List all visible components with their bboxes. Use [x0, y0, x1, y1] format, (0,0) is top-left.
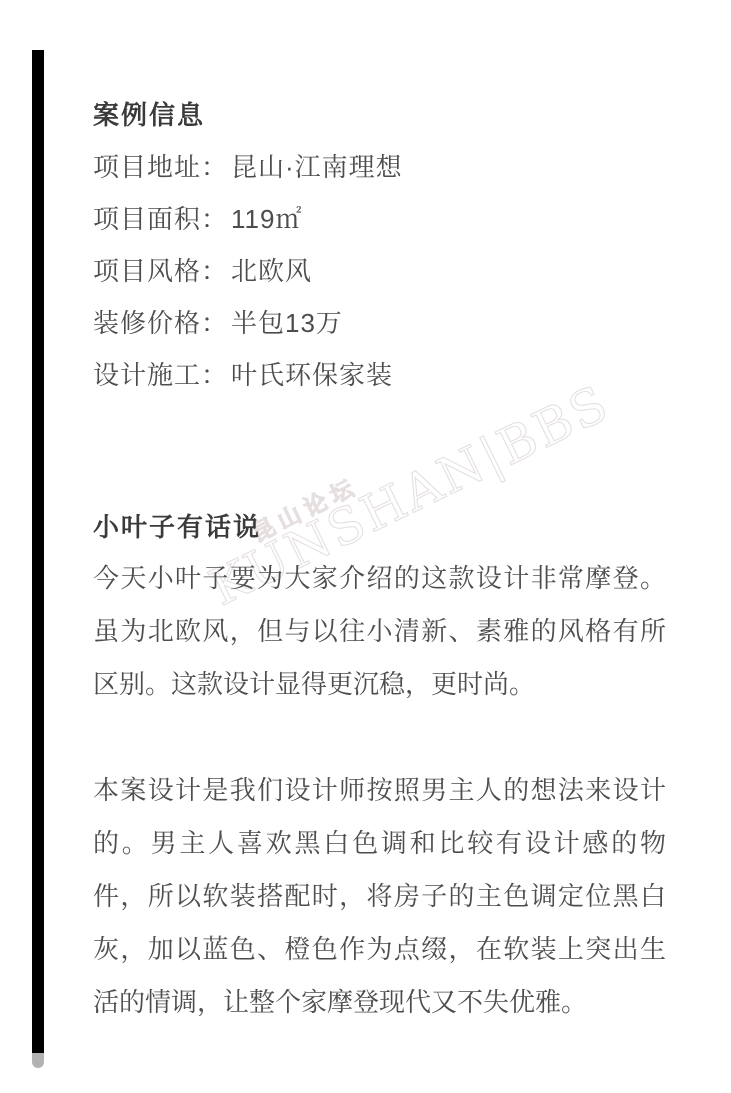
- accent-bar-tip: [32, 1053, 44, 1068]
- info-value: 昆山·江南理想: [231, 152, 666, 182]
- paragraph2-line: 活的情调，让整个家摩登现代又不失优雅。: [93, 986, 666, 1018]
- info-value: 半包13万: [231, 308, 666, 338]
- article-page: 昆山论坛 KUNSHAN|BBS 案例信息 项目地址： 昆山·江南理想 项目面积…: [0, 0, 731, 1093]
- info-value: 北欧风: [231, 256, 666, 286]
- accent-bar-line: [32, 50, 44, 1053]
- info-row-style: 项目风格： 北欧风: [93, 256, 666, 286]
- left-accent-bar: [32, 50, 44, 1068]
- info-row-area: 项目面积： 119㎡: [93, 204, 666, 234]
- case-info-heading: 案例信息: [93, 100, 666, 130]
- info-value: 叶氏环保家装: [231, 360, 666, 390]
- commentary-heading: 小叶子有话说: [93, 512, 666, 542]
- paragraph1-line: 今天小叶子要为大家介绍的这款设计非常摩登。: [93, 562, 666, 594]
- info-row-address: 项目地址： 昆山·江南理想: [93, 152, 666, 182]
- paragraph2-line: 灰，加以蓝色、橙色作为点缀，在软装上突出生: [93, 933, 666, 965]
- info-row-builder: 设计施工： 叶氏环保家装: [93, 360, 666, 390]
- paragraph2-line: 件，所以软装搭配时，将房子的主色调定位黑白: [93, 880, 666, 912]
- info-label: 项目风格：: [93, 256, 231, 286]
- info-label: 装修价格：: [93, 308, 231, 338]
- info-label: 项目面积：: [93, 204, 231, 234]
- paragraph1-line: 虽为北欧风，但与以往小清新、素雅的风格有所: [93, 615, 666, 647]
- paragraph2-line: 的。男主人喜欢黑白色调和比较有设计感的物: [93, 827, 666, 859]
- info-label: 项目地址：: [93, 152, 231, 182]
- article-content: 案例信息 项目地址： 昆山·江南理想 项目面积： 119㎡ 项目风格： 北欧风 …: [93, 0, 666, 1093]
- paragraph1-line: 区别。这款设计显得更沉稳，更时尚。: [93, 668, 666, 700]
- paragraph2-line: 本案设计是我们设计师按照男主人的想法来设计: [93, 774, 666, 806]
- info-value: 119㎡: [231, 204, 666, 234]
- info-row-price: 装修价格： 半包13万: [93, 308, 666, 338]
- info-label: 设计施工：: [93, 360, 231, 390]
